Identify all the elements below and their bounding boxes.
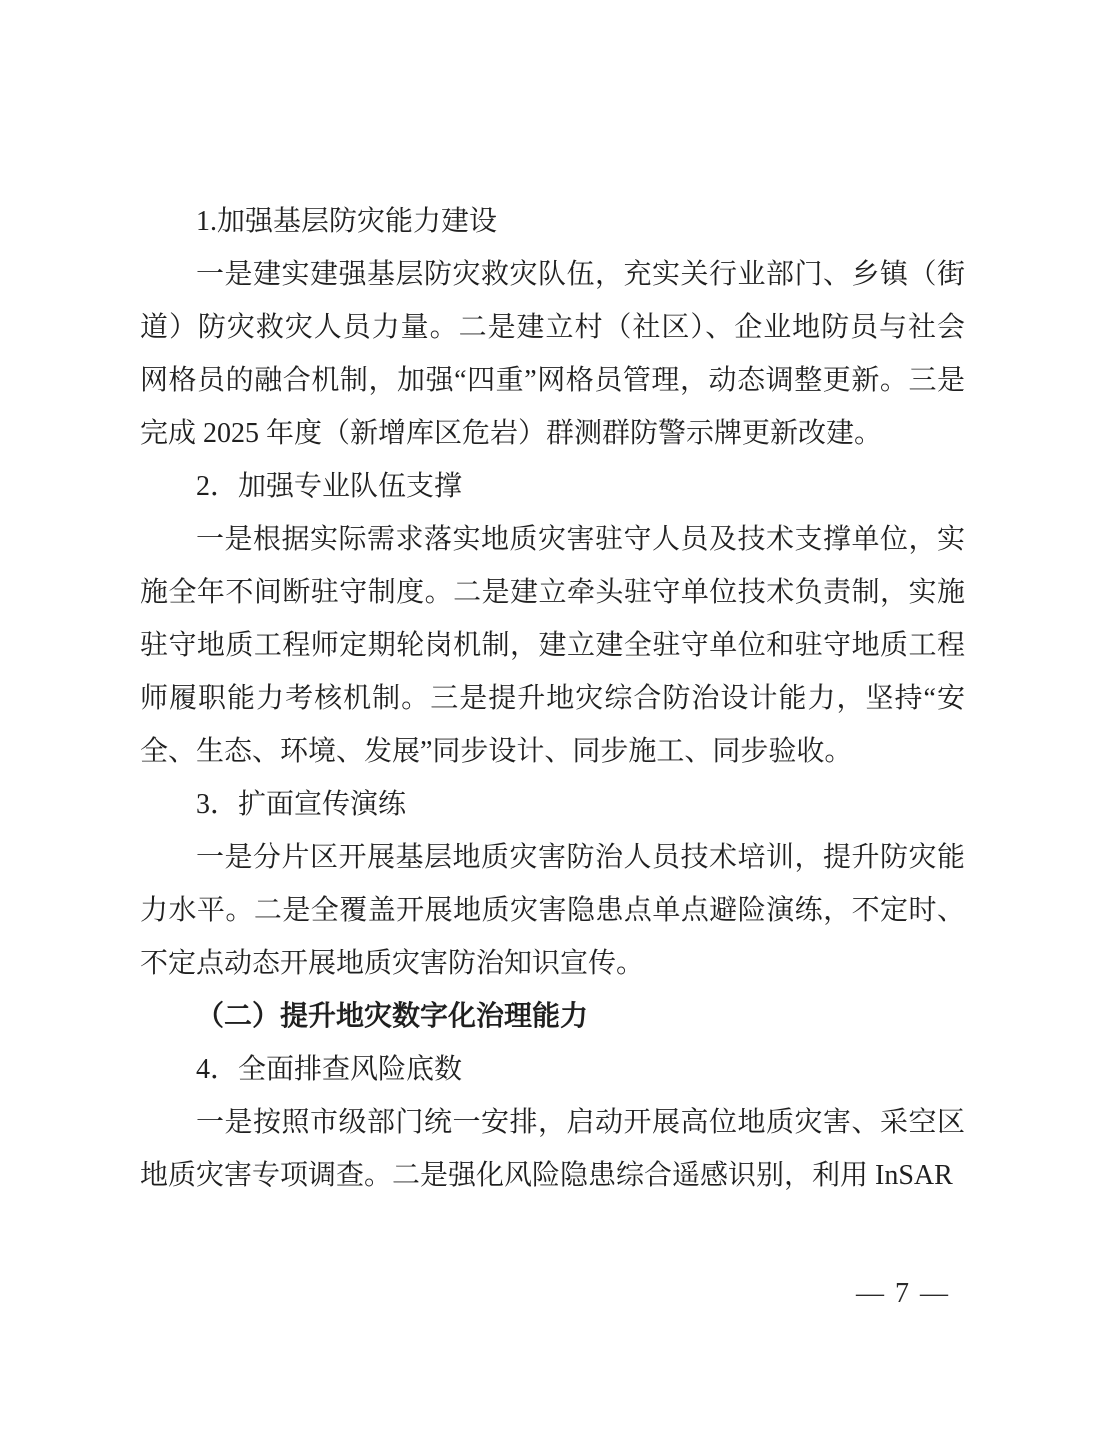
page-number: — 7 — bbox=[856, 1274, 950, 1314]
section-heading-3: 3．扩面宣传演练 bbox=[140, 778, 965, 831]
paragraph-3: 一是分片区开展基层地质灾害防治人员技术培训，提升防灾能力水平。二是全覆盖开展地质… bbox=[140, 831, 965, 990]
section-heading-1: 1.加强基层防灾能力建设 bbox=[140, 195, 965, 248]
section-heading-4: 4．全面排查风险底数 bbox=[140, 1043, 965, 1096]
paragraph-1: 一是建实建强基层防灾救灾队伍，充实关行业部门、乡镇（街道）防灾救灾人员力量。二是… bbox=[140, 248, 965, 460]
document-page: 1.加强基层防灾能力建设 一是建实建强基层防灾救灾队伍，充实关行业部门、乡镇（街… bbox=[0, 0, 1105, 1430]
document-body: 1.加强基层防灾能力建设 一是建实建强基层防灾救灾队伍，充实关行业部门、乡镇（街… bbox=[140, 195, 965, 1202]
section-heading-2: 2．加强专业队伍支撑 bbox=[140, 460, 965, 513]
subsection-heading-2: （二）提升地灾数字化治理能力 bbox=[140, 990, 965, 1043]
paragraph-2: 一是根据实际需求落实地质灾害驻守人员及技术支撑单位，实施全年不间断驻守制度。二是… bbox=[140, 513, 965, 778]
paragraph-4: 一是按照市级部门统一安排，启动开展高位地质灾害、采空区地质灾害专项调查。二是强化… bbox=[140, 1096, 965, 1202]
